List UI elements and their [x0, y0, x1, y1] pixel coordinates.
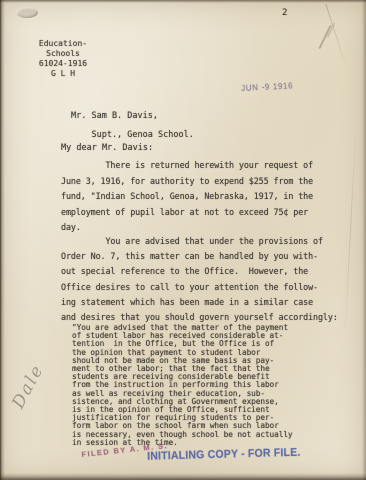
- text-line: Order No. 7, this matter can be handled …: [61, 249, 338, 264]
- salutation-line: My dear Mr. Davis:: [61, 143, 153, 153]
- file-reference-stamp: Education-Schools61024-1916G L H: [20, 39, 106, 79]
- text-line: out special reference to the Office. How…: [61, 264, 338, 279]
- text-line: G L H: [20, 69, 106, 79]
- text-line: June 3, 1916, for authority to expend $2…: [61, 174, 313, 190]
- text-line: fund, "Indian School, Genoa, Nebraska, 1…: [61, 189, 313, 205]
- received-date-stamp: JUN -9 1916: [241, 80, 293, 93]
- text-line: You are advised that under the provision…: [61, 234, 338, 249]
- text-line: in session at the time.: [72, 439, 293, 447]
- text-line: Education-: [20, 39, 106, 49]
- initialing-copy-stamp: INITIALING COPY - FOR FILE.: [147, 446, 301, 463]
- body-paragraph-2: You are advised that under the provision…: [61, 234, 338, 325]
- emboss-seal-mark: [16, 7, 38, 18]
- text-line: employment of pupil labor at not to exce…: [61, 205, 313, 221]
- recipient-address-block: Mr. Sam B. Davis, Supt., Genoa School.: [71, 107, 194, 144]
- text-line: Schools: [20, 49, 106, 59]
- handwritten-pencil-note: Dale: [8, 361, 48, 412]
- text-line: 61024-1916: [20, 59, 106, 69]
- text-line: There is returned herewith your request …: [61, 158, 313, 174]
- paper-crease-right: [344, 120, 357, 340]
- body-paragraph-1: There is returned herewith your request …: [61, 158, 313, 236]
- quoted-statement-block: "You are advised that the matter of the …: [72, 324, 293, 447]
- text-line: Office desires to call to your attention…: [61, 280, 338, 295]
- page-number: 2: [282, 8, 287, 18]
- text-line: Mr. Sam B. Davis,: [71, 107, 194, 126]
- text-line: ing statement which has been made in a s…: [61, 295, 338, 310]
- letter-page: 2 Education-Schools61024-1916G L H JUN -…: [0, 0, 366, 480]
- text-line: Supt., Genoa School.: [71, 126, 194, 145]
